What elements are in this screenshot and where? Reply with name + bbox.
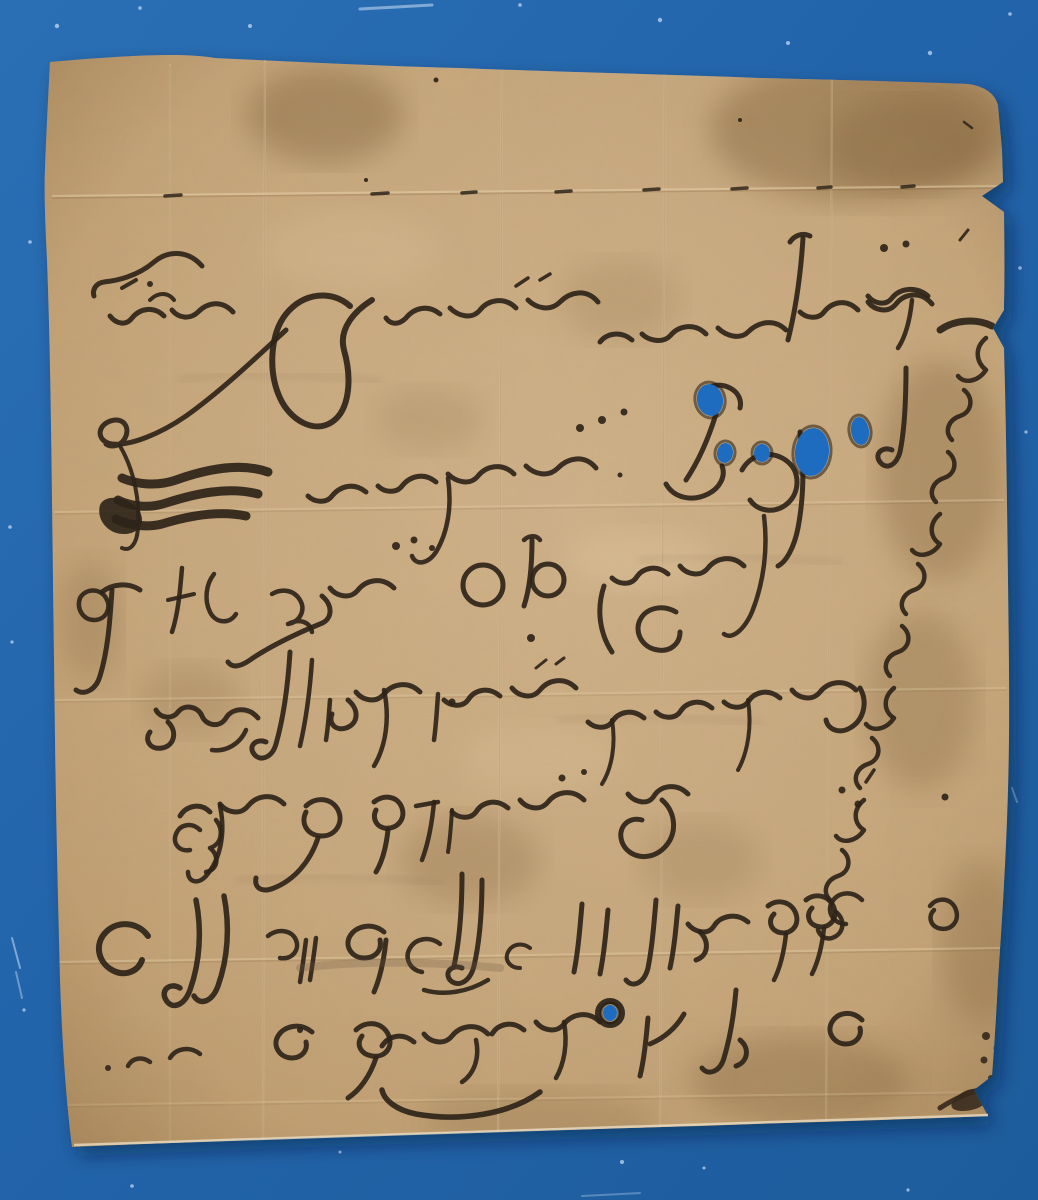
- dust-speck: [130, 1184, 134, 1188]
- dust-speck: [138, 6, 142, 10]
- dust-speck: [8, 525, 12, 529]
- dust-speck: [658, 18, 662, 22]
- dust-speck: [620, 1160, 624, 1164]
- dust-speck: [1018, 266, 1022, 270]
- dust-speck: [928, 51, 932, 55]
- dust-speck: [786, 41, 790, 45]
- dust-speck: [518, 3, 522, 7]
- dust-speck: [22, 1008, 25, 1011]
- dust-speck: [248, 24, 252, 28]
- dust-speck: [906, 1188, 909, 1191]
- scan-viewport: [0, 0, 1038, 1200]
- paper-fragment: [0, 0, 1038, 1200]
- dust-speck: [10, 640, 13, 643]
- dust-speck: [703, 1167, 706, 1170]
- dust-speck: [28, 240, 32, 244]
- edge-vignette: [0, 0, 1038, 1200]
- dust-speck: [1008, 12, 1012, 16]
- manuscript-fragment-photo: [0, 0, 1038, 1200]
- dust-speck: [1024, 430, 1027, 433]
- dust-speck: [339, 1151, 342, 1154]
- dust-speck: [55, 24, 59, 28]
